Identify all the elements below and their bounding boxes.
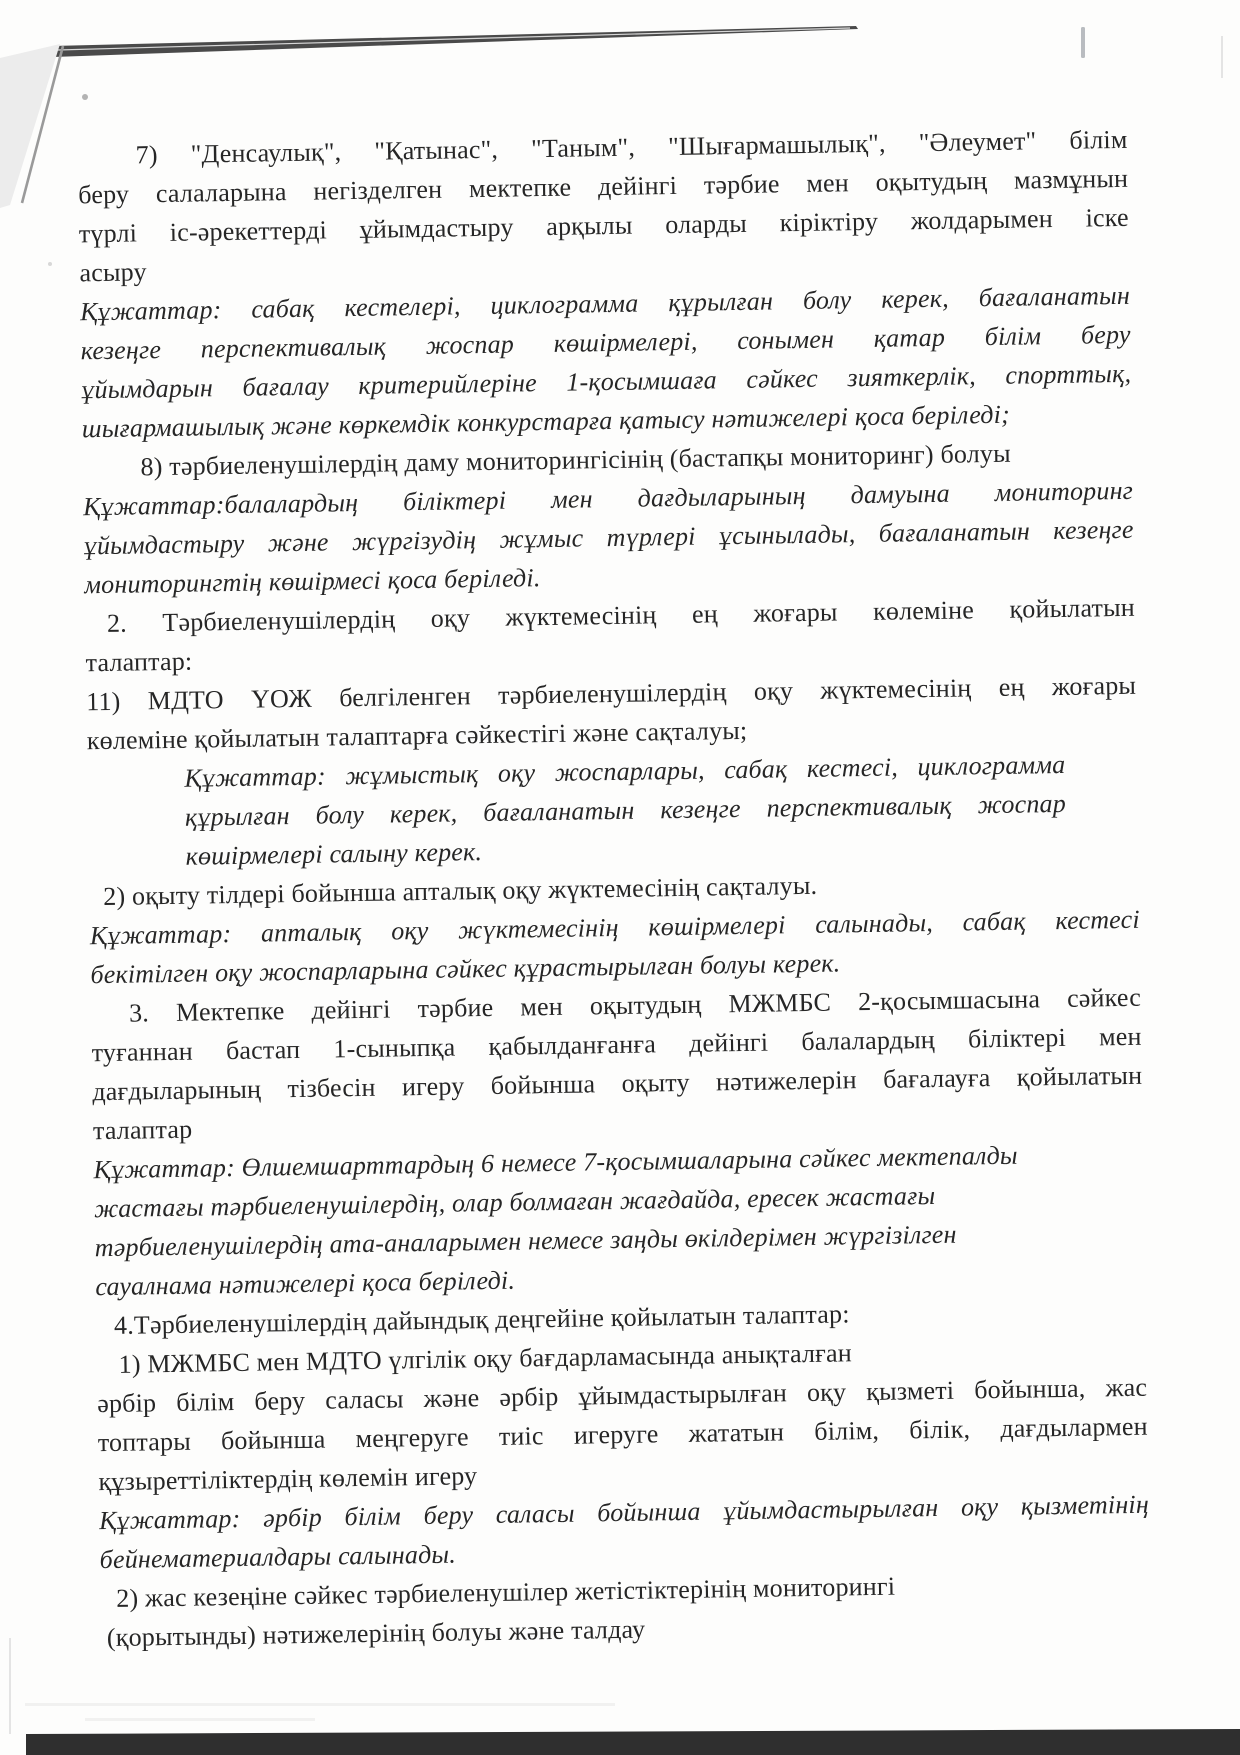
paragraph: Құжаттар:балалардың біліктері мен дағдыл… bbox=[83, 471, 1135, 604]
paragraph: 3. Мектепке дейінгі тәрбие мен оқытудың … bbox=[91, 978, 1143, 1150]
paragraph: 7) "Денсаулық", "Қатынас", "Таным", "Шығ… bbox=[77, 120, 1129, 292]
scan-streak bbox=[85, 1718, 315, 1721]
paragraph: әрбір білім беру саласы және әрбір ұйымд… bbox=[97, 1368, 1149, 1501]
page-fold-corner bbox=[0, 44, 63, 208]
scan-tick-mark-faint bbox=[1221, 36, 1223, 78]
scanned-document-page: 7) "Денсаулық", "Қатынас", "Таным", "Шығ… bbox=[0, 0, 1240, 1755]
scan-edge-line bbox=[52, 26, 858, 57]
paragraph: Құжаттар: Өлшемшарттардың 6 немесе 7-қос… bbox=[93, 1134, 1145, 1306]
paragraph: Құжаттар: сабақ кестелері, циклограмма қ… bbox=[80, 276, 1132, 448]
dust-speck bbox=[48, 262, 52, 266]
paragraph: Құжаттар: жұмыстық оқу жоспарлары, сабақ… bbox=[184, 745, 1067, 876]
dust-speck bbox=[82, 94, 88, 100]
scan-streak bbox=[25, 1703, 615, 1706]
document-text: 7) "Денсаулық", "Қатынас", "Таным", "Шығ… bbox=[77, 120, 1151, 1657]
scan-tick-mark bbox=[1081, 27, 1085, 58]
scan-streak bbox=[9, 1638, 11, 1734]
paragraph: 2) жас кезеңіне сәйкес тәрбиеленушілер ж… bbox=[106, 1563, 1151, 1657]
scan-bottom-band bbox=[26, 1729, 1240, 1755]
